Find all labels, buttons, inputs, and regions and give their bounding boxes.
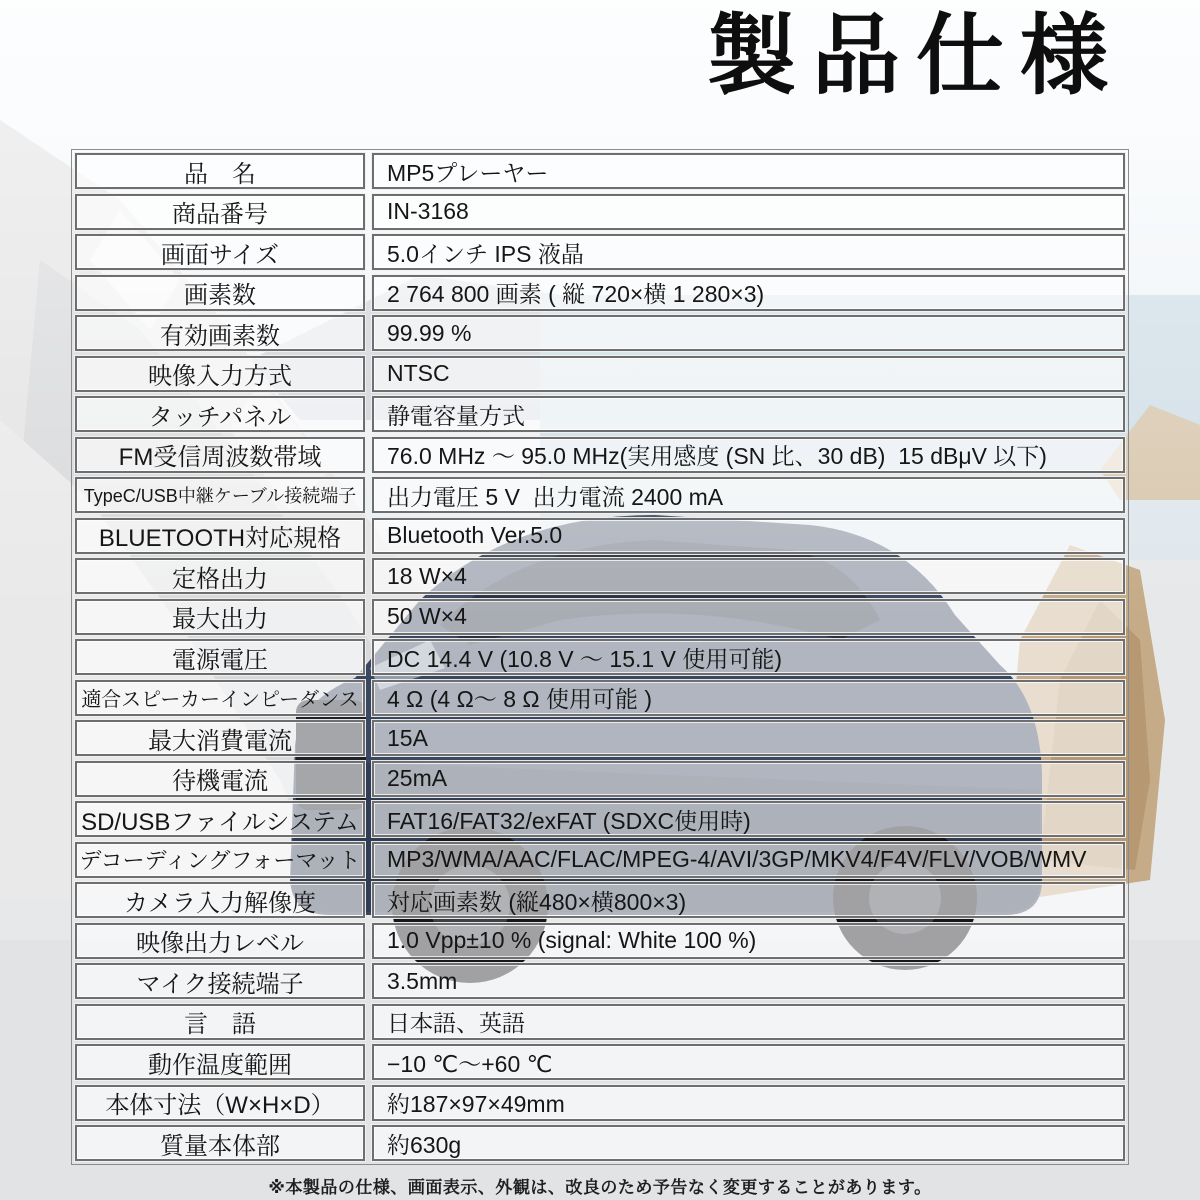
spec-label: 有効画素数 [75,315,365,351]
table-row: SD/USBファイルシステムFAT16/FAT32/exFAT (SDXC使用時… [75,801,1125,837]
spec-label: 商品番号 [75,194,365,230]
spec-value: 3.5mm [372,963,1125,999]
spec-table: 品 名MP5プレーヤー商品番号IN-3168画面サイズ5.0インチ IPS 液晶… [71,149,1129,1165]
spec-label: 適合スピーカーインピーダンス [75,680,365,716]
spec-value: 4 Ω (4 Ω～ 8 Ω 使用可能 ) [372,680,1125,716]
spec-label: 映像入力方式 [75,356,365,392]
spec-value: IN-3168 [372,194,1125,230]
spec-label: TypeC/USB中継ケーブル接続端子 [75,477,365,513]
spec-value: 50 W×4 [372,599,1125,635]
spec-label: 画面サイズ [75,234,365,270]
table-row: 映像入力方式NTSC [75,356,1125,392]
spec-value: FAT16/FAT32/exFAT (SDXC使用時) [372,801,1125,837]
spec-value: 日本語、英語 [372,1004,1125,1040]
spec-label: 待機電流 [75,761,365,797]
table-row: 商品番号IN-3168 [75,194,1125,230]
table-row: 最大消費電流15A [75,720,1125,756]
table-row: 電源電圧DC 14.4 V (10.8 V ～ 15.1 V 使用可能) [75,639,1125,675]
page-title: 製品仕様 [708,10,1124,107]
spec-value: 出力電圧 5 V 出力電流 2400 mA [372,477,1125,513]
table-row: 定格出力18 W×4 [75,558,1125,594]
spec-label: タッチパネル [75,396,365,432]
spec-value: MP3/WMA/AAC/FLAC/MPEG-4/AVI/3GP/MKV4/F4V… [372,842,1125,878]
spec-value: 99.99 % [372,315,1125,351]
spec-label: 電源電圧 [75,639,365,675]
spec-value: 約630g [372,1125,1125,1161]
spec-value: 25mA [372,761,1125,797]
spec-label: SD/USBファイルシステム [75,801,365,837]
table-row: 質量本体部約630g [75,1125,1125,1161]
spec-label: 言 語 [75,1004,365,1040]
spec-label: 映像出力レベル [75,923,365,959]
table-row: FM受信周波数帯域76.0 MHz ～ 95.0 MHz(実用感度 (SN 比、… [75,437,1125,473]
table-row: 言 語日本語、英語 [75,1004,1125,1040]
table-row: デコーディングフォーマットMP3/WMA/AAC/FLAC/MPEG-4/AVI… [75,842,1125,878]
spec-label: 質量本体部 [75,1125,365,1161]
table-row: 本体寸法（W×H×D）約187×97×49mm [75,1085,1125,1121]
table-row: 画面サイズ5.0インチ IPS 液晶 [75,234,1125,270]
spec-label: 最大消費電流 [75,720,365,756]
spec-value: 2 764 800 画素 ( 縦 720×横 1 280×3) [372,275,1125,311]
spec-label: BLUETOOTH対応規格 [75,518,365,554]
spec-label: 動作温度範囲 [75,1044,365,1080]
spec-label: カメラ入力解像度 [75,882,365,918]
spec-value: NTSC [372,356,1125,392]
spec-value: 約187×97×49mm [372,1085,1125,1121]
spec-value: DC 14.4 V (10.8 V ～ 15.1 V 使用可能) [372,639,1125,675]
table-row: タッチパネル静電容量方式 [75,396,1125,432]
table-row: BLUETOOTH対応規格Bluetooth Ver.5.0 [75,518,1125,554]
table-row: TypeC/USB中継ケーブル接続端子出力電圧 5 V 出力電流 2400 mA [75,477,1125,513]
spec-value: 76.0 MHz ～ 95.0 MHz(実用感度 (SN 比、30 dB) 15… [372,437,1125,473]
product-spec-sheet: 製品仕様 品 名MP5プレーヤー商品番号IN-3168画面サイズ5.0インチ I… [0,0,1200,1200]
spec-label: 品 名 [75,153,365,189]
spec-value: −10 ℃～+60 ℃ [372,1044,1125,1080]
table-row: 画素数2 764 800 画素 ( 縦 720×横 1 280×3) [75,275,1125,311]
table-row: 映像出力レベル1.0 Vpp±10 % (signal: White 100 %… [75,923,1125,959]
table-row: 動作温度範囲−10 ℃～+60 ℃ [75,1044,1125,1080]
spec-value: 5.0インチ IPS 液晶 [372,234,1125,270]
table-row: カメラ入力解像度対応画素数 (縦480×横800×3) [75,882,1125,918]
spec-label: 最大出力 [75,599,365,635]
spec-value: MP5プレーヤー [372,153,1125,189]
table-row: 適合スピーカーインピーダンス4 Ω (4 Ω～ 8 Ω 使用可能 ) [75,680,1125,716]
spec-rows: 品 名MP5プレーヤー商品番号IN-3168画面サイズ5.0インチ IPS 液晶… [75,153,1125,1161]
table-row: マイク接続端子3.5mm [75,963,1125,999]
spec-label: デコーディングフォーマット [75,842,365,878]
spec-value: 1.0 Vpp±10 % (signal: White 100 %) [372,923,1125,959]
table-row: 有効画素数99.99 % [75,315,1125,351]
footer-note: ※本製品の仕様、画面表示、外観は、改良のため予告なく変更することがあります。 [71,1173,1129,1198]
spec-label: 画素数 [75,275,365,311]
spec-value: 静電容量方式 [372,396,1125,432]
spec-label: FM受信周波数帯域 [75,437,365,473]
spec-value: Bluetooth Ver.5.0 [372,518,1125,554]
table-row: 最大出力50 W×4 [75,599,1125,635]
spec-label: 定格出力 [75,558,365,594]
spec-value: 18 W×4 [372,558,1125,594]
spec-value: 対応画素数 (縦480×横800×3) [372,882,1125,918]
table-row: 待機電流25mA [75,761,1125,797]
spec-label: 本体寸法（W×H×D） [75,1085,365,1121]
spec-value: 15A [372,720,1125,756]
table-row: 品 名MP5プレーヤー [75,153,1125,189]
spec-label: マイク接続端子 [75,963,365,999]
